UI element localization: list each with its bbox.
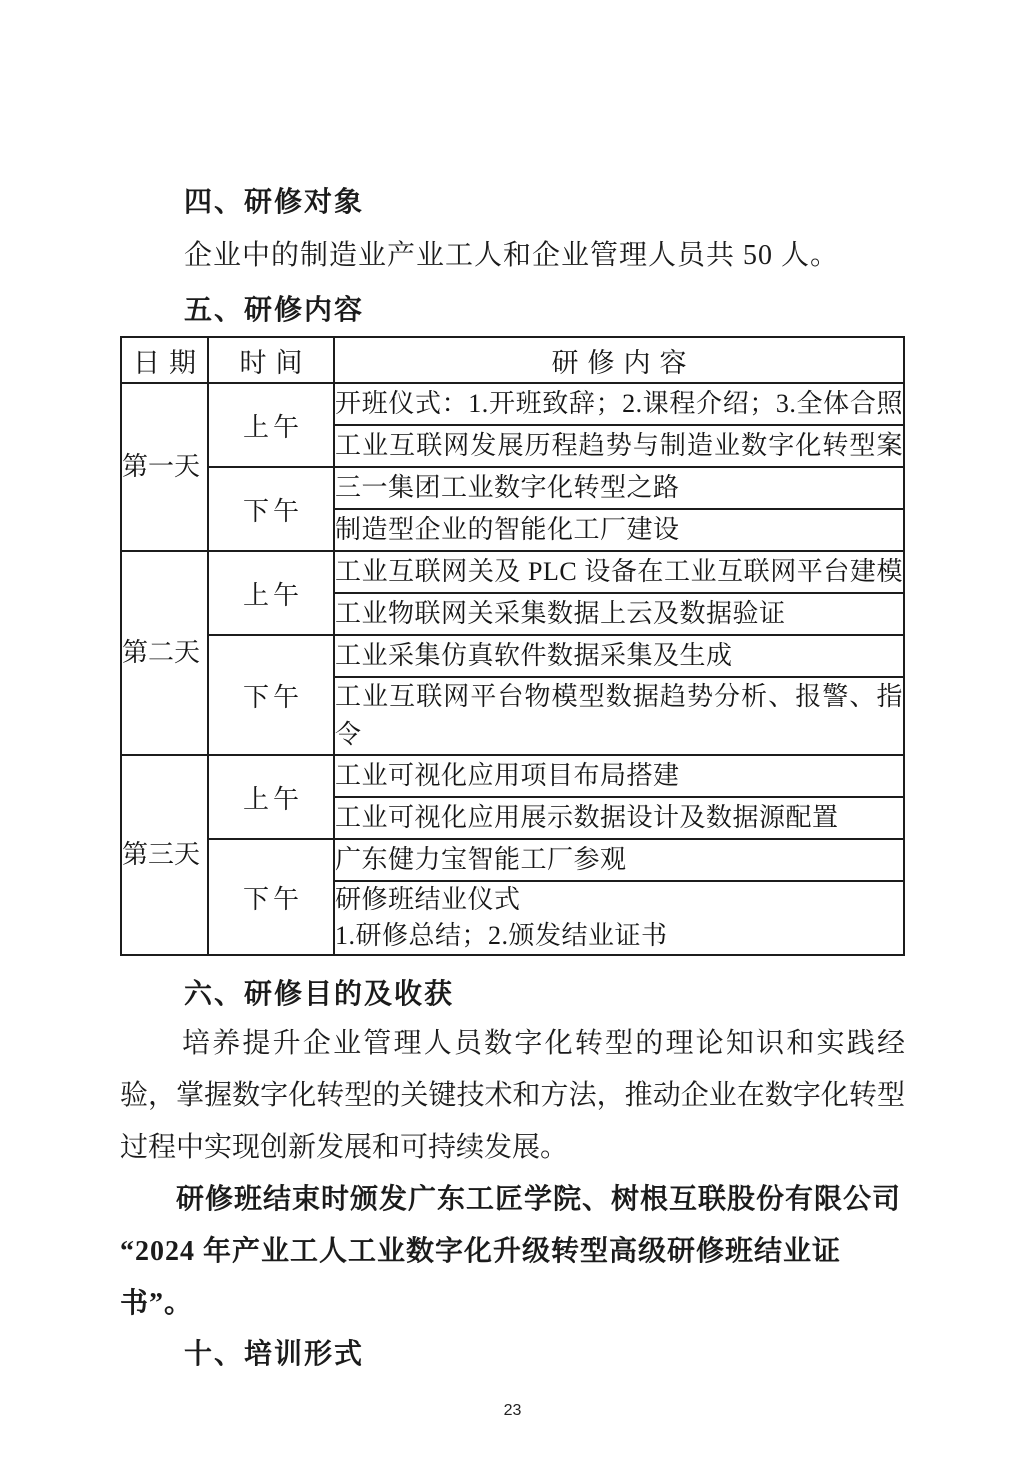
table-row: 第三天 上午 工业可视化应用项目布局搭建 (121, 755, 904, 797)
content-cell-day1-am-1: 开班仪式：1.开班致辞；2.课程介绍；3.全体合照 (334, 383, 904, 425)
certificate-line-2: “2024 年产业工人工业数字化升级转型高级研修班结业证书”。 (120, 1226, 905, 1330)
time-cell-day1-pm: 下午 (208, 467, 334, 551)
table-row: 第一天 上午 开班仪式：1.开班致辞；2.课程介绍；3.全体合照 (121, 383, 904, 425)
date-cell-day2: 第二天 (121, 551, 208, 755)
section-heading-purpose: 六、研修目的及收获 (184, 978, 905, 1010)
paragraph-research-targets: 企业中的制造业产业工人和企业管理人员共 50 人。 (184, 240, 905, 272)
curriculum-table: 日期 时间 研修内容 第一天 上午 开班仪式：1.开班致辞；2.课程介绍；3.全… (120, 336, 905, 956)
page-number: 23 (120, 1402, 905, 1420)
time-cell-day3-pm: 下午 (208, 839, 334, 955)
paragraph-purpose: 培养提升企业管理人员数字化转型的理论知识和实践经验，掌握数字化转型的关键技术和方… (120, 1018, 905, 1174)
content-cell-day1-am-2: 工业互联网发展历程趋势与制造业数字化转型案 (334, 425, 904, 467)
table-row: 下午 三一集团工业数字化转型之路 (121, 467, 904, 509)
table-header-row: 日期 时间 研修内容 (121, 337, 904, 383)
content-cell-day3-am-1: 工业可视化应用项目布局搭建 (334, 755, 904, 797)
col-header-date: 日期 (121, 337, 208, 383)
table-row: 下午 工业采集仿真软件数据采集及生成 (121, 635, 904, 677)
table-row: 下午 广东健力宝智能工厂参观 (121, 839, 904, 881)
section-heading-training-format: 十、培训形式 (184, 1338, 905, 1370)
content-cell-day3-am-2: 工业可视化应用展示数据设计及数据源配置 (334, 797, 904, 839)
certificate-line-1: 研修班结束时颁发广东工匠学院、树根互联股份有限公司 (120, 1174, 905, 1226)
content-cell-day2-am-2: 工业物联网关采集数据上云及数据验证 (334, 593, 904, 635)
time-cell-day3-am: 上午 (208, 755, 334, 839)
content-cell-day2-pm-2: 工业互联网平台物模型数据趋势分析、报警、指令 (334, 677, 904, 755)
cell-line: 研修班结业仪式 (335, 882, 903, 918)
time-cell-day1-am: 上午 (208, 383, 334, 467)
col-header-time: 时间 (208, 337, 334, 383)
date-cell-day3: 第三天 (121, 755, 208, 955)
section-heading-research-content: 五、研修内容 (184, 294, 905, 326)
table-row: 第二天 上午 工业互联网关及 PLC 设备在工业互联网平台建模 (121, 551, 904, 593)
content-cell-day1-pm-2: 制造型企业的智能化工厂建设 (334, 509, 904, 551)
date-cell-day1: 第一天 (121, 383, 208, 551)
time-cell-day2-am: 上午 (208, 551, 334, 635)
col-header-content: 研修内容 (334, 337, 904, 383)
content-cell-day3-pm-1: 广东健力宝智能工厂参观 (334, 839, 904, 881)
section-heading-research-targets: 四、研修对象 (184, 186, 905, 218)
document-page: 四、研修对象 企业中的制造业产业工人和企业管理人员共 50 人。 五、研修内容 … (0, 0, 1024, 1458)
content-cell-day2-am-1: 工业互联网关及 PLC 设备在工业互联网平台建模 (334, 551, 904, 593)
time-cell-day2-pm: 下午 (208, 635, 334, 755)
content-cell-day3-pm-2: 研修班结业仪式 1.研修总结；2.颁发结业证书 (334, 881, 904, 955)
cell-line: 1.研修总结；2.颁发结业证书 (335, 918, 903, 954)
content-cell-day2-pm-1: 工业采集仿真软件数据采集及生成 (334, 635, 904, 677)
content-cell-day1-pm-1: 三一集团工业数字化转型之路 (334, 467, 904, 509)
